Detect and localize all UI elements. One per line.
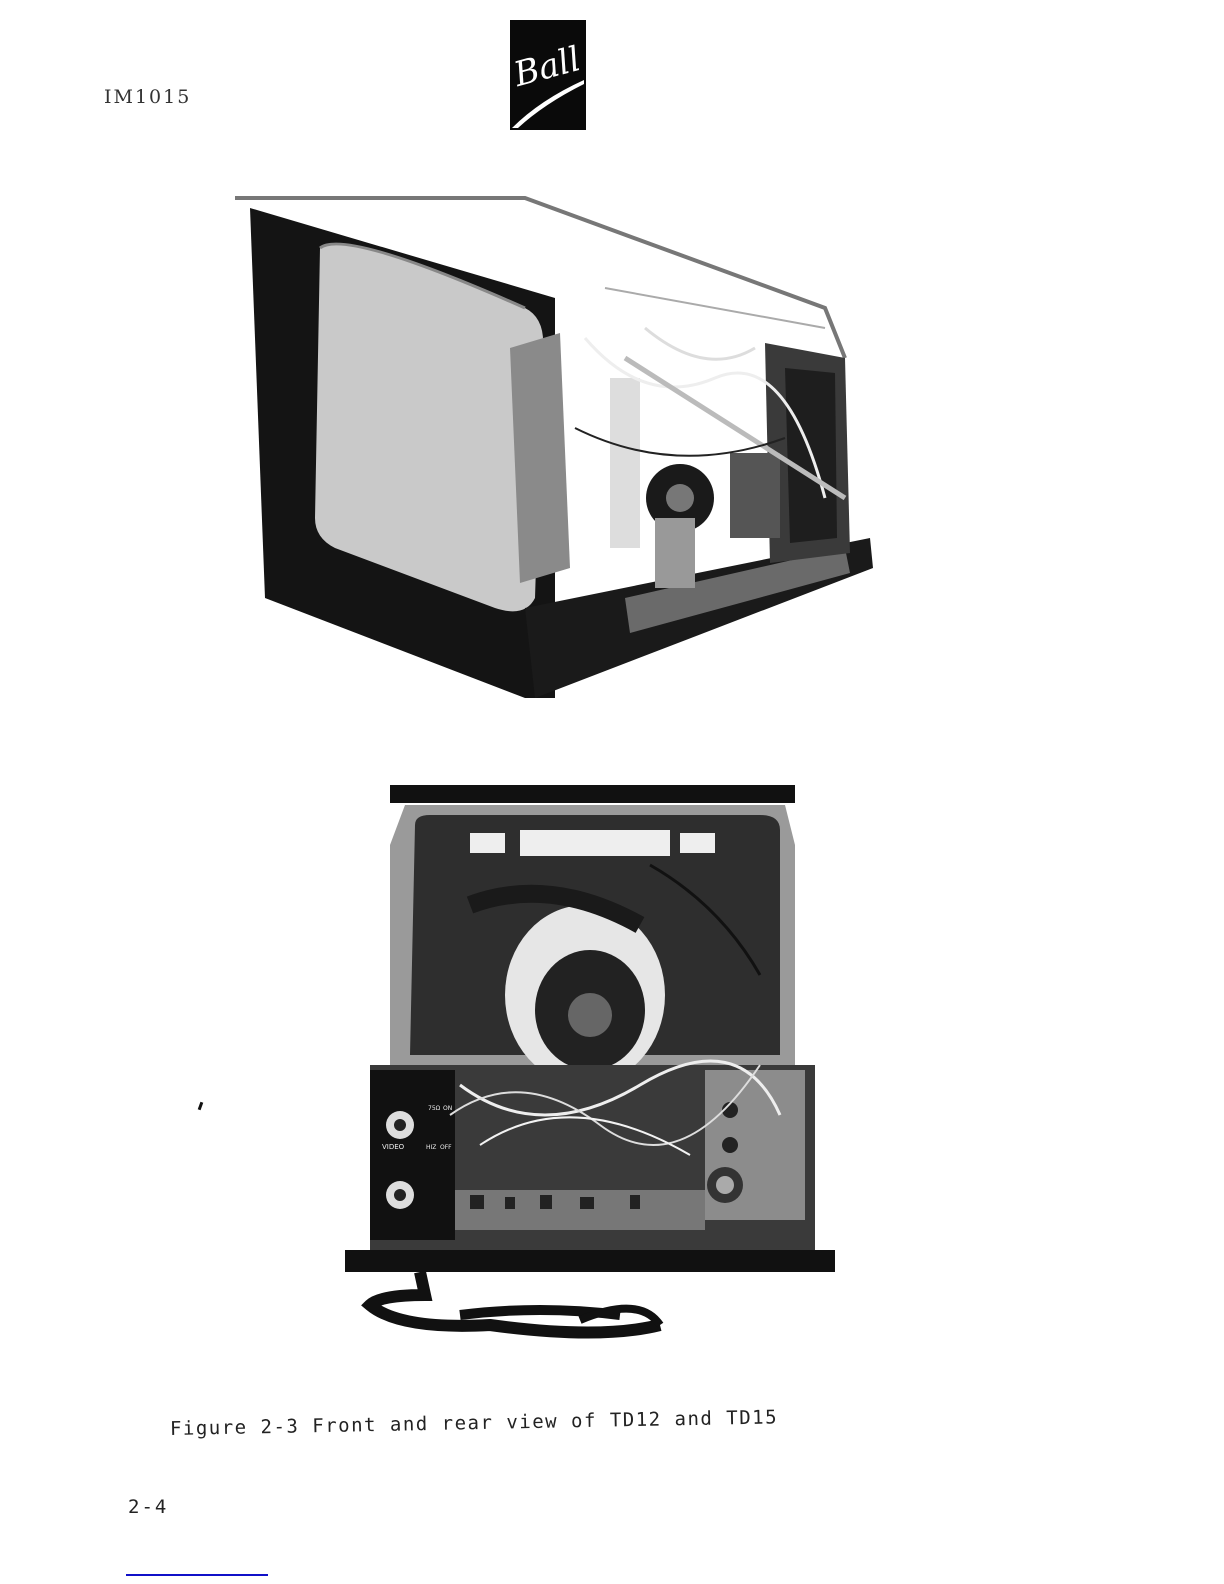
panel-label-off: OFF bbox=[440, 1144, 452, 1151]
panel-label-hiz: HIZ bbox=[426, 1144, 436, 1151]
figure-caption: Figure 2-3 Front and rear view of TD12 a… bbox=[170, 1406, 778, 1440]
footer-rule bbox=[126, 1574, 268, 1576]
page-number: 2-4 bbox=[128, 1496, 168, 1518]
panel-label-video: VIDEO bbox=[382, 1143, 405, 1151]
document-id: IM1015 bbox=[104, 86, 191, 108]
panel-label-75ohm: 75Ω bbox=[428, 1105, 441, 1112]
panel-label-on: ON bbox=[443, 1105, 452, 1112]
scan-speck bbox=[198, 1102, 204, 1111]
front-view-photo bbox=[225, 178, 875, 703]
ball-script-logo-icon: Ball bbox=[510, 20, 586, 130]
rear-view-photo: VIDEO 75Ω ON HIZ OFF bbox=[340, 785, 840, 1370]
